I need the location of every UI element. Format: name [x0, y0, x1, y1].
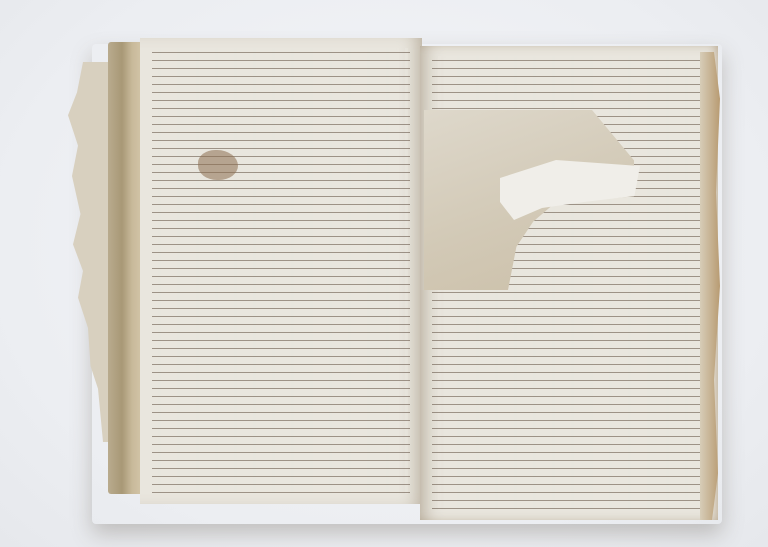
- left-page: [140, 38, 422, 504]
- handwriting-left: [152, 48, 410, 494]
- page-stain: [198, 150, 238, 180]
- photo-scene: [0, 0, 768, 547]
